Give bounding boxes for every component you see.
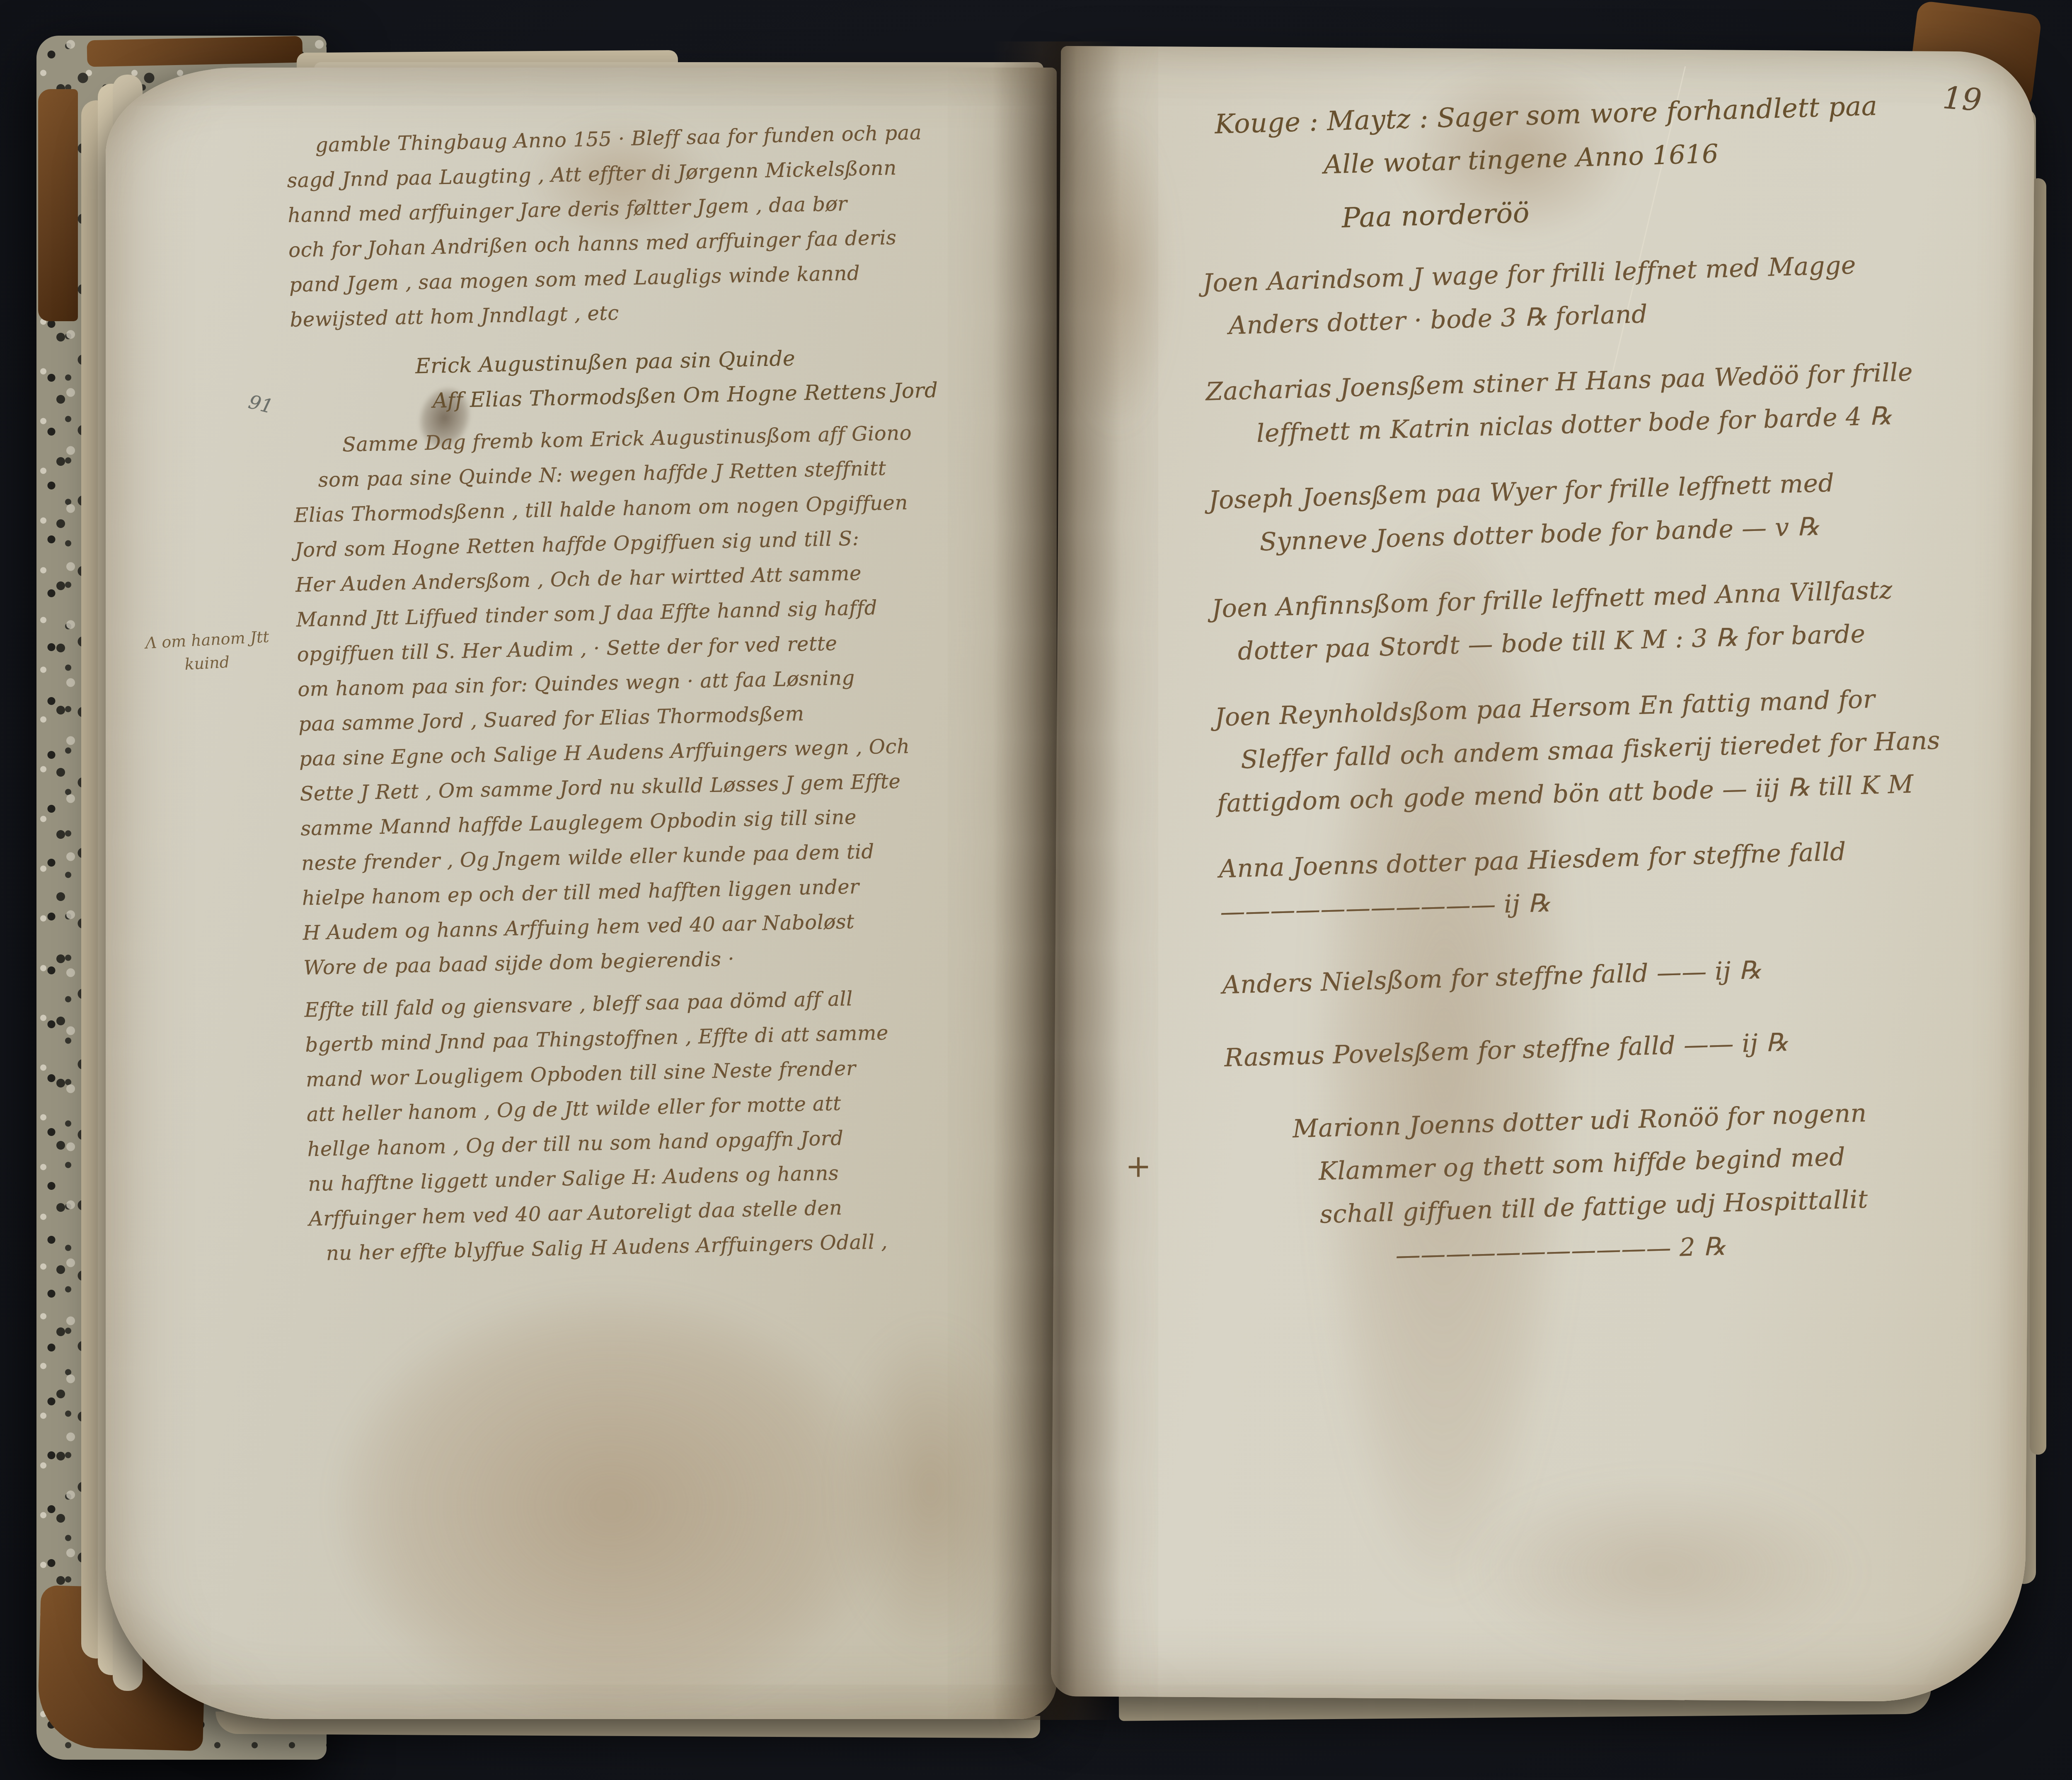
place-subheading: Paa norderöö (1341, 178, 2013, 240)
entry-line: Rasmus Povelsßem for steffne falld —— ij… (1224, 1014, 2037, 1080)
left-page-text-block: gamble Thingbaug Anno 155 · Bleff saa fo… (286, 113, 1064, 1271)
margin-note: Λ om hanom Jtt kuind (145, 625, 271, 678)
court-record-entry: Zacharias Joensßem stiner H Hans paa Wed… (1205, 348, 2019, 457)
court-record-entry: Joen Anfinnsßom for frille leffnett med … (1211, 565, 2026, 674)
leather-spine-edge-left (38, 89, 78, 321)
margin-note-line: kuind (184, 648, 271, 676)
court-record-entry: Marionn Joenns dotter udi Ronöö for noge… (1292, 1087, 2043, 1280)
margin-cross-mark: + (1126, 1149, 1151, 1184)
water-stain-bottom-right-of-left-page (835, 1319, 1026, 1659)
entry-line: Anders Nielsßom for steffne falld —— ij … (1222, 941, 2035, 1007)
leather-spine-corner-top-left (87, 36, 303, 67)
photo-background: 91 Λ om hanom Jtt kuind gamble Thingbaug… (0, 0, 2072, 1780)
court-record-entry: Joen Reynholdsßom paa Hersom En fattig m… (1214, 673, 2030, 826)
court-record-entry: Rasmus Povelsßem for steffne falld —— ij… (1224, 1014, 2037, 1080)
court-record-entry: Anders Nielsßom for steffne falld —— ij … (1222, 941, 2035, 1007)
stain-gutter-right-page (1063, 112, 1172, 436)
right-page-text-block: Kouge : Maytz : Sager som wore forhandle… (1198, 81, 2043, 1282)
court-record-entry: Anna Joenns dotter paa Hiesdem for steff… (1218, 825, 2033, 934)
court-record-entry: Joen Aarindsom J wage for frilli leffnet… (1202, 239, 2016, 348)
court-record-entry: Joseph Joensßem paa Wyer for frille leff… (1208, 456, 2022, 565)
stain-bottom-right-page (1457, 1474, 1864, 1667)
water-stain-bottom-left-page (338, 1294, 885, 1717)
